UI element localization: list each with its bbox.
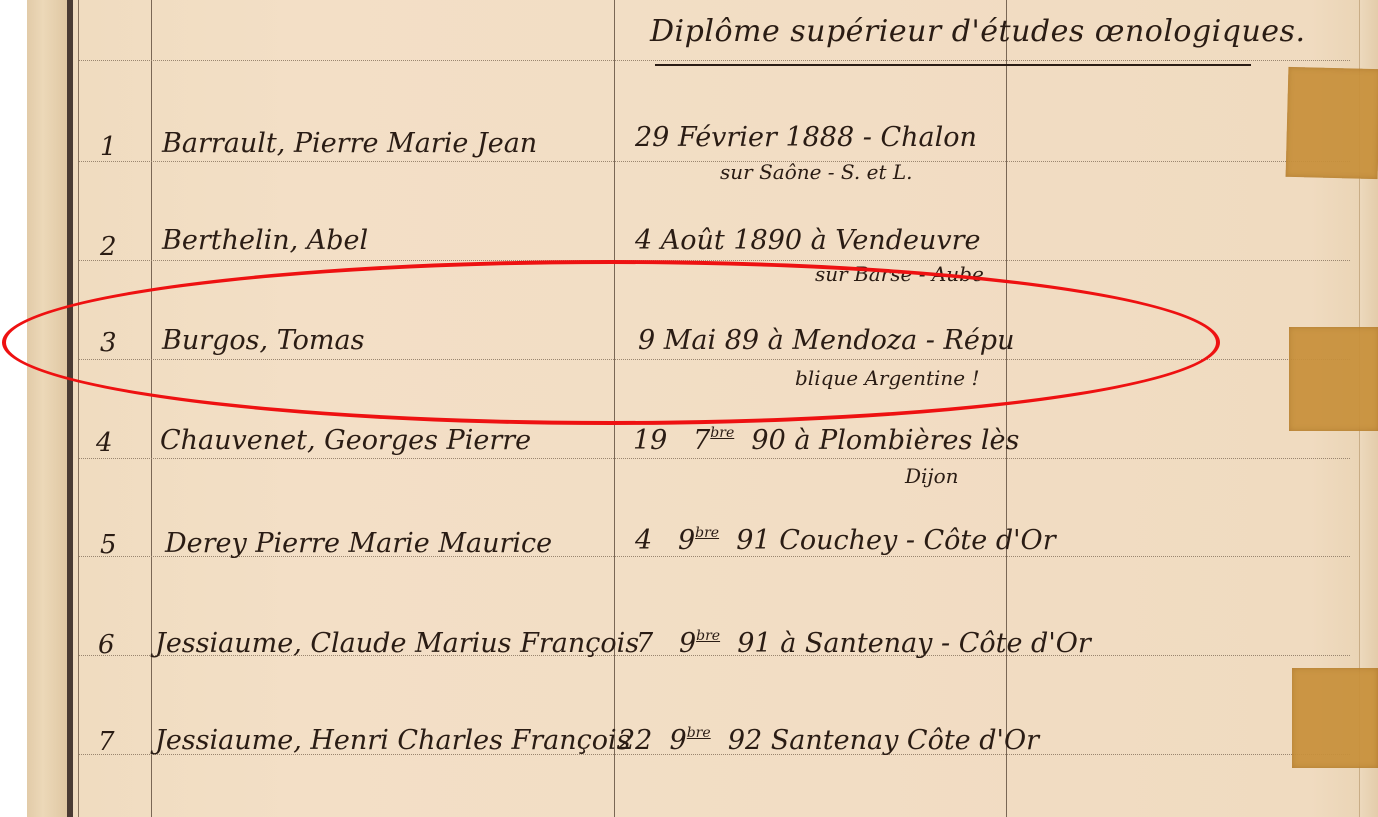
column-divider-birth [1006,0,1007,817]
birth-month-suffix: bre [710,425,734,441]
entry-number: 7 [98,727,115,757]
ruled-line [79,60,1350,61]
birth-month-suffix: bre [696,628,720,644]
entry-name: Jessiaume, Henri Charles François [155,725,631,756]
birth-month: 9 [678,525,695,556]
highlight-ellipse [2,260,1220,425]
entry-number: 4 [96,428,113,458]
margin-rule [67,0,73,817]
tape-strip [1286,67,1378,179]
birth-month-suffix: bre [687,725,711,741]
birth-month: 9 [679,628,696,659]
entry-birth: 7 9bre 91 à Santenay - Côte d'Or [636,628,1091,659]
entry-name: Derey Pierre Marie Maurice [165,528,552,559]
entry-birth: 22 9bre 92 Santenay Côte d'Or [618,725,1039,756]
ruled-line [79,458,1350,459]
entry-birth: 4 Août 1890 à Vendeuvre [635,225,981,256]
entry-birth: 29 Février 1888 - Chalon [635,122,977,153]
entry-number: 1 [100,132,117,162]
margin-rule-thin [78,0,79,817]
title-underline [655,64,1251,66]
column-divider-number [151,0,152,817]
birth-rest: 92 Santenay Côte d'Or [728,725,1039,756]
birth-day: 22 [618,725,652,756]
binding-edge [27,0,68,817]
birth-rest: 91 à Santenay - Côte d'Or [737,628,1091,659]
birth-month-suffix: bre [695,525,719,541]
entry-name: Barrault, Pierre Marie Jean [162,128,537,159]
birth-month: 7 [693,425,710,456]
entry-name: Berthelin, Abel [162,225,368,256]
entry-number: 6 [98,630,115,660]
entry-name: Chauvenet, Georges Pierre [160,425,531,456]
tape-strip [1292,668,1378,768]
entry-birth: 19 7bre 90 à Plombières lès [633,425,1019,456]
birth-day: 7 [636,628,653,659]
birth-rest: 90 à Plombières lès [751,425,1019,456]
birth-day: 4 [635,525,652,556]
entry-name: Jessiaume, Claude Marius François [155,628,639,659]
entry-birth-continued: sur Saône - S. et L. [720,160,913,184]
ruled-line [79,161,1350,162]
entry-number: 5 [100,530,117,560]
entry-birth: 4 9bre 91 Couchey - Côte d'Or [635,525,1056,556]
entry-number: 2 [100,232,117,262]
tape-strip [1289,327,1378,431]
entry-birth-continued: Dijon [905,464,959,488]
register-title: Diplôme supérieur d'études œnologiques. [650,14,1306,49]
birth-rest: 91 Couchey - Côte d'Or [736,525,1055,556]
birth-day: 19 [633,425,667,456]
birth-month: 9 [670,725,687,756]
